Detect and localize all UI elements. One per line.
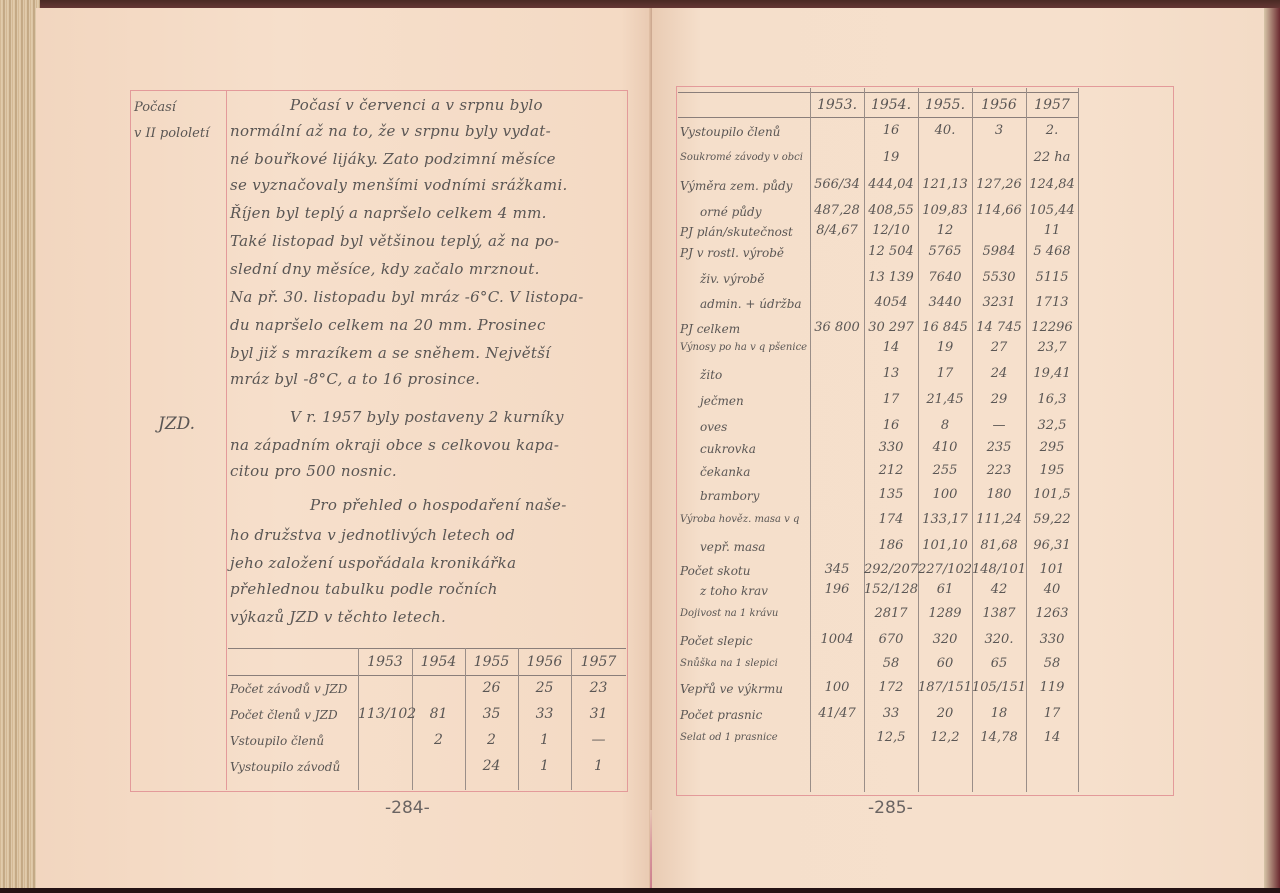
table-cell: 127,26 xyxy=(972,177,1026,192)
table-cell: 33 xyxy=(864,706,918,721)
table-row-label: Výměra zem. půdy xyxy=(680,179,792,193)
table-cell: 42 xyxy=(972,582,1026,597)
table-cell: 19 xyxy=(918,340,972,355)
table-row-label: Dojivost na 1 krávu xyxy=(680,608,778,619)
table-row-label: živ. výrobě xyxy=(700,272,764,286)
table-cell: 101 xyxy=(1026,562,1078,577)
table-row-label: Výnosy po ha v q pšenice xyxy=(680,342,807,353)
page-edges xyxy=(0,0,40,893)
table-row-label: Počet skotu xyxy=(680,564,750,578)
table-year-header: 1954. xyxy=(864,97,918,113)
table-cell: 101,10 xyxy=(918,538,972,553)
table-cell: 670 xyxy=(864,632,918,647)
table-cell: 100 xyxy=(810,680,864,695)
body-text-line: mráz byl -8°C, a to 16 prosince. xyxy=(230,370,480,388)
table-cell: 12 504 xyxy=(864,244,918,259)
table-cell: 16 xyxy=(864,123,918,138)
table-cell: 1 xyxy=(518,758,571,774)
table-cell: 292/207 xyxy=(864,562,918,577)
table-cell: 7640 xyxy=(918,270,972,285)
table-cell: 26 xyxy=(465,680,518,696)
table-row-label: Vstoupilo členů xyxy=(230,734,324,748)
table-row-label: brambory xyxy=(700,489,759,503)
table-cell: 3231 xyxy=(972,295,1026,310)
body-text-line: Říjen byl teplý a napršelo celkem 4 mm. xyxy=(230,204,547,222)
table-cell: 14,78 xyxy=(972,730,1026,745)
body-text-line: výkazů JZD v těchto letech. xyxy=(230,608,446,626)
table-cell: 12 xyxy=(918,223,972,238)
table-cell: 33 xyxy=(518,706,571,722)
table-cell: 1713 xyxy=(1026,295,1078,310)
table-cell: 3 xyxy=(972,123,1026,138)
table-year-header: 1953. xyxy=(810,97,864,113)
table-cell: 17 xyxy=(864,392,918,407)
table-cell: 444,04 xyxy=(864,177,918,192)
table-cell: 14 745 xyxy=(972,320,1026,335)
table-year-header: 1955 xyxy=(465,654,518,670)
table-cell: 133,17 xyxy=(918,512,972,527)
table-cell: 180 xyxy=(972,487,1026,502)
body-text-line: V r. 1957 byly postaveny 2 kurníky xyxy=(290,408,564,426)
table-cell: 12,5 xyxy=(864,730,918,745)
left-margin-line xyxy=(226,90,227,790)
table-cell: 124,84 xyxy=(1026,177,1078,192)
body-text-line: Počasí v červenci a v srpnu bylo xyxy=(290,96,543,114)
page-number-right: -285- xyxy=(868,798,913,818)
table-row-label: Vepřů ve výkrmu xyxy=(680,682,783,696)
table-cell: 24 xyxy=(465,758,518,774)
table-year-header: 1954 xyxy=(412,654,465,670)
table-cell: 14 xyxy=(1026,730,1078,745)
table-year-header: 1956 xyxy=(972,97,1026,113)
table-cell: 255 xyxy=(918,463,972,478)
table-cell: 235 xyxy=(972,440,1026,455)
body-text-line: né bouřkové lijáky. Zato podzimní měsíce xyxy=(230,150,556,168)
table-row-label: Vystoupilo členů xyxy=(680,125,780,139)
table-row-label: Vystoupilo závodů xyxy=(230,760,340,774)
table-cell: 408,55 xyxy=(864,203,918,218)
table-cell: 22 ha xyxy=(1026,150,1078,165)
table-row-label: Počet prasnic xyxy=(680,708,762,722)
table-cell: 227/102 xyxy=(918,562,972,577)
table-cell: 1387 xyxy=(972,606,1026,621)
table-cell: 174 xyxy=(864,512,918,527)
table-cell: 5115 xyxy=(1026,270,1078,285)
margin-label-jzd: JZD. xyxy=(158,414,195,434)
table-cell: 212 xyxy=(864,463,918,478)
table-cell: 121,13 xyxy=(918,177,972,192)
table-row-label: cukrovka xyxy=(700,442,756,456)
table-cell: 148/101 xyxy=(972,562,1026,577)
table-cell: 5 468 xyxy=(1026,244,1078,259)
body-text-line: Také listopad byl většinou teplý, až na … xyxy=(230,232,559,250)
table-cell: 12,2 xyxy=(918,730,972,745)
table-cell: 29 xyxy=(972,392,1026,407)
table-cell: 81,68 xyxy=(972,538,1026,553)
table-cell: 105/151 xyxy=(972,680,1026,695)
table-cell: 1 xyxy=(571,758,626,774)
table-cell: 2 xyxy=(412,732,465,748)
table-cell: — xyxy=(571,732,626,748)
table-cell: 114,66 xyxy=(972,203,1026,218)
table-cell: 320 xyxy=(918,632,972,647)
table-row-label: Počet členů v JZD xyxy=(230,708,338,722)
table-cell: 81 xyxy=(412,706,465,722)
table-cell: 101,5 xyxy=(1026,487,1078,502)
table-cell: 2 xyxy=(465,732,518,748)
table-cell: 100 xyxy=(918,487,972,502)
right-table-header-rule xyxy=(678,117,1078,118)
table-cell: 5765 xyxy=(918,244,972,259)
table-cell: 5984 xyxy=(972,244,1026,259)
body-text-line: Pro přehled o hospodaření naše- xyxy=(310,496,567,514)
table-cell: 330 xyxy=(864,440,918,455)
table-year-header: 1957 xyxy=(571,654,626,670)
table-cell: 21,45 xyxy=(918,392,972,407)
body-text-line: se vyznačovaly menšími vodními srážkami. xyxy=(230,176,568,194)
table-cell: 566/34 xyxy=(810,177,864,192)
table-cell: 58 xyxy=(864,656,918,671)
table-cell: 32,5 xyxy=(1026,418,1078,433)
table-cell: 19,41 xyxy=(1026,366,1078,381)
book-cover-right xyxy=(1264,8,1280,893)
body-text-line: byl již s mrazíkem a se sněhem. Největší xyxy=(230,344,550,362)
table-row-label: čekanka xyxy=(700,465,750,479)
table-year-header: 1955. xyxy=(918,97,972,113)
table-cell: 135 xyxy=(864,487,918,502)
table-cell: 113/102 xyxy=(358,706,412,722)
table-cell: 345 xyxy=(810,562,864,577)
table-row-label: Počet slepic xyxy=(680,634,753,648)
table-cell: 109,83 xyxy=(918,203,972,218)
table-row-label: Soukromé závody v obci xyxy=(680,152,803,163)
table-row-label: ječmen xyxy=(700,394,744,408)
body-text-line: normální až na to, že v srpnu byly vydat… xyxy=(230,122,551,140)
table-row-label: Snůška na 1 slepici xyxy=(680,658,778,669)
table-cell: 12/10 xyxy=(864,223,918,238)
left-table-header-rule xyxy=(228,675,626,676)
body-text-line: slední dny měsíce, kdy začalo mrznout. xyxy=(230,260,540,278)
table-cell: 1004 xyxy=(810,632,864,647)
table-cell: 13 139 xyxy=(864,270,918,285)
table-cell: 36 800 xyxy=(810,320,864,335)
body-text-line: ho družstva v jednotlivých letech od xyxy=(230,526,515,544)
table-cell: 195 xyxy=(1026,463,1078,478)
table-row-label: žito xyxy=(700,368,722,382)
table-cell: 410 xyxy=(918,440,972,455)
table-cell: 8/4,67 xyxy=(810,223,864,238)
table-row-label: PJ celkem xyxy=(680,322,740,336)
table-cell: 1263 xyxy=(1026,606,1078,621)
body-text-line: citou pro 500 nosnic. xyxy=(230,462,397,480)
table-year-header: 1957 xyxy=(1026,97,1078,113)
table-cell: — xyxy=(972,418,1026,433)
table-row-label: PJ v rostl. výrobě xyxy=(680,246,784,260)
table-cell: 320. xyxy=(972,632,1026,647)
table-cell: 2. xyxy=(1026,123,1078,138)
table-cell: 35 xyxy=(465,706,518,722)
table-row-label: z toho krav xyxy=(700,584,768,598)
table-cell: 16,3 xyxy=(1026,392,1078,407)
margin-label-weather: Počasí xyxy=(134,100,176,115)
table-cell: 111,24 xyxy=(972,512,1026,527)
table-row-label: vepř. masa xyxy=(700,540,765,554)
table-cell: 186 xyxy=(864,538,918,553)
table-year-header: 1953 xyxy=(358,654,412,670)
table-column-rule xyxy=(1078,88,1079,792)
table-cell: 60 xyxy=(918,656,972,671)
body-text-line: Na př. 30. listopadu byl mráz -6°C. V li… xyxy=(230,288,584,306)
table-cell: 4054 xyxy=(864,295,918,310)
table-cell: 295 xyxy=(1026,440,1078,455)
table-cell: 30 297 xyxy=(864,320,918,335)
table-cell: 8 xyxy=(918,418,972,433)
table-row-label: Výroba hověz. masa v q xyxy=(680,514,799,525)
table-cell: 31 xyxy=(571,706,626,722)
table-cell: 25 xyxy=(518,680,571,696)
body-text-line: du napršelo celkem na 20 mm. Prosinec xyxy=(230,316,546,334)
table-cell: 105,44 xyxy=(1026,203,1078,218)
table-cell: 17 xyxy=(1026,706,1078,721)
table-cell: 61 xyxy=(918,582,972,597)
table-cell: 172 xyxy=(864,680,918,695)
table-row-label: Počet závodů v JZD xyxy=(230,682,347,696)
table-cell: 119 xyxy=(1026,680,1078,695)
table-cell: 20 xyxy=(918,706,972,721)
book-cover-bottom xyxy=(0,888,1280,893)
table-cell: 27 xyxy=(972,340,1026,355)
right-table-top-rule xyxy=(678,92,1078,93)
table-cell: 23,7 xyxy=(1026,340,1078,355)
table-row-label: oves xyxy=(700,420,727,434)
body-text-line: přehlednou tabulku podle ročních xyxy=(230,580,498,598)
table-cell: 1 xyxy=(518,732,571,748)
table-cell: 23 xyxy=(571,680,626,696)
table-cell: 3440 xyxy=(918,295,972,310)
left-table-top-rule xyxy=(228,648,626,649)
table-cell: 40. xyxy=(918,123,972,138)
table-cell: 12296 xyxy=(1026,320,1078,335)
table-cell: 187/151 xyxy=(918,680,972,695)
table-cell: 152/128 xyxy=(864,582,918,597)
table-cell: 1289 xyxy=(918,606,972,621)
table-cell: 14 xyxy=(864,340,918,355)
table-cell: 11 xyxy=(1026,223,1078,238)
table-cell: 13 xyxy=(864,366,918,381)
body-text-line: na západním okraji obce s celkovou kapa- xyxy=(230,436,559,454)
table-cell: 58 xyxy=(1026,656,1078,671)
table-cell: 5530 xyxy=(972,270,1026,285)
table-row-label: admin. + údržba xyxy=(700,297,802,311)
table-row-label: PJ plán/skutečnost xyxy=(680,225,793,239)
margin-label-half-year: v II pololetí xyxy=(134,126,209,141)
table-cell: 40 xyxy=(1026,582,1078,597)
table-cell: 196 xyxy=(810,582,864,597)
table-year-header: 1956 xyxy=(518,654,571,670)
table-row-label: Selat od 1 prasnice xyxy=(680,732,778,743)
table-cell: 24 xyxy=(972,366,1026,381)
table-cell: 19 xyxy=(864,150,918,165)
table-cell: 223 xyxy=(972,463,1026,478)
table-row-label: orné půdy xyxy=(700,205,761,219)
table-cell: 16 xyxy=(864,418,918,433)
table-cell: 59,22 xyxy=(1026,512,1078,527)
table-cell: 16 845 xyxy=(918,320,972,335)
table-cell: 17 xyxy=(918,366,972,381)
page-number-left: -284- xyxy=(385,798,430,818)
table-cell: 41/47 xyxy=(810,706,864,721)
table-cell: 2817 xyxy=(864,606,918,621)
table-cell: 330 xyxy=(1026,632,1078,647)
body-text-line: jeho založení uspořádala kronikářka xyxy=(230,554,516,572)
table-cell: 487,28 xyxy=(810,203,864,218)
table-cell: 96,31 xyxy=(1026,538,1078,553)
table-cell: 65 xyxy=(972,656,1026,671)
table-cell: 18 xyxy=(972,706,1026,721)
